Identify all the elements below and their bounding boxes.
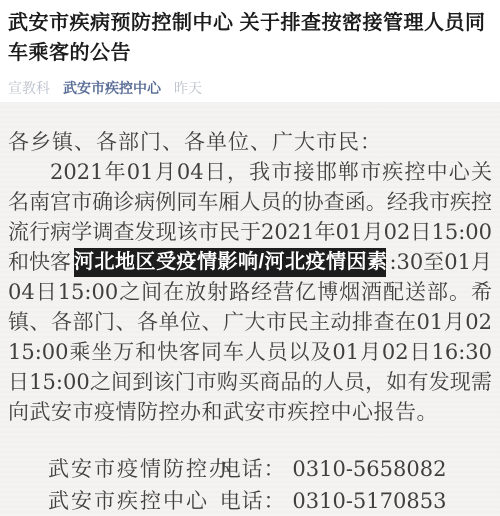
doc-line: 流行病学调查发现该市民于2021年01月02日15:00乘坐万: [8, 217, 492, 247]
doc-line: 镇、各部门、各单位、广大市民主动排查在01月02日: [8, 307, 492, 337]
doc-line: 向武安市疫情防控办和武安市疾控中心报告。: [8, 397, 492, 427]
byline-department: 宣教科: [8, 78, 50, 98]
doc-salutation: 各乡镇、各部门、各单位、广大市民：: [8, 127, 492, 157]
doc-line-fragment-left: 和快客: [8, 247, 71, 277]
doc-line: 日15:00之间到该门市购买商品的人员，如有发现需主动: [8, 367, 492, 397]
account-link[interactable]: 武安市疾控中心: [63, 78, 161, 98]
announcement-document: 各乡镇、各部门、各单位、广大市民： 2021年01月04日，我市接邯郸市疾控中心…: [0, 102, 500, 516]
contact-row: 武安市疫情防控办 电话： 0310-5658082: [48, 453, 492, 485]
byline: 宣教科 武安市疾控中心 昨天: [8, 78, 490, 98]
doc-line-with-badge: 和快客 河北地区受疫情影响/河北疫情因素 :30至01月: [8, 247, 492, 277]
publish-time: 昨天: [174, 78, 202, 98]
watermark-overlay-badge: 河北地区受疫情影响/河北疫情因素: [74, 248, 386, 277]
article-header: 武安市疾病预防控制中心 关于排查按密接管理人员同车乘客的公告 宣教科 武安市疾控…: [0, 0, 500, 98]
contact-list: 武安市疫情防控办 电话： 0310-5658082 武安市疾控中心 电话： 03…: [8, 453, 492, 516]
doc-line: 04日15:00之间在放射路经营亿博烟酒配送部。希望各乡: [8, 277, 492, 307]
doc-line-fragment-right: :30至01月: [389, 247, 492, 277]
contact-row: 武安市疾控中心 电话： 0310-5170853: [48, 485, 492, 516]
contact-org: 武安市疾控中心: [48, 485, 213, 516]
phone-number: 0310-5658082: [292, 457, 446, 481]
phone-number: 0310-5170853: [292, 489, 446, 513]
phone-label: 电话：: [220, 489, 286, 513]
contact-org: 武安市疫情防控办: [48, 453, 213, 485]
phone-label: 电话：: [220, 457, 286, 481]
doc-line: 15:00乘坐万和快客同车人员以及01月02日16:30至01月04: [8, 337, 492, 367]
article-title: 武安市疾病预防控制中心 关于排查按密接管理人员同车乘客的公告: [8, 8, 490, 68]
doc-line: 名南宫市确诊病例同车厢人员的协查函。经我市疾控中心: [8, 187, 492, 217]
doc-line: 2021年01月04日，我市接邯郸市疾控中心关于排查一: [8, 157, 492, 187]
